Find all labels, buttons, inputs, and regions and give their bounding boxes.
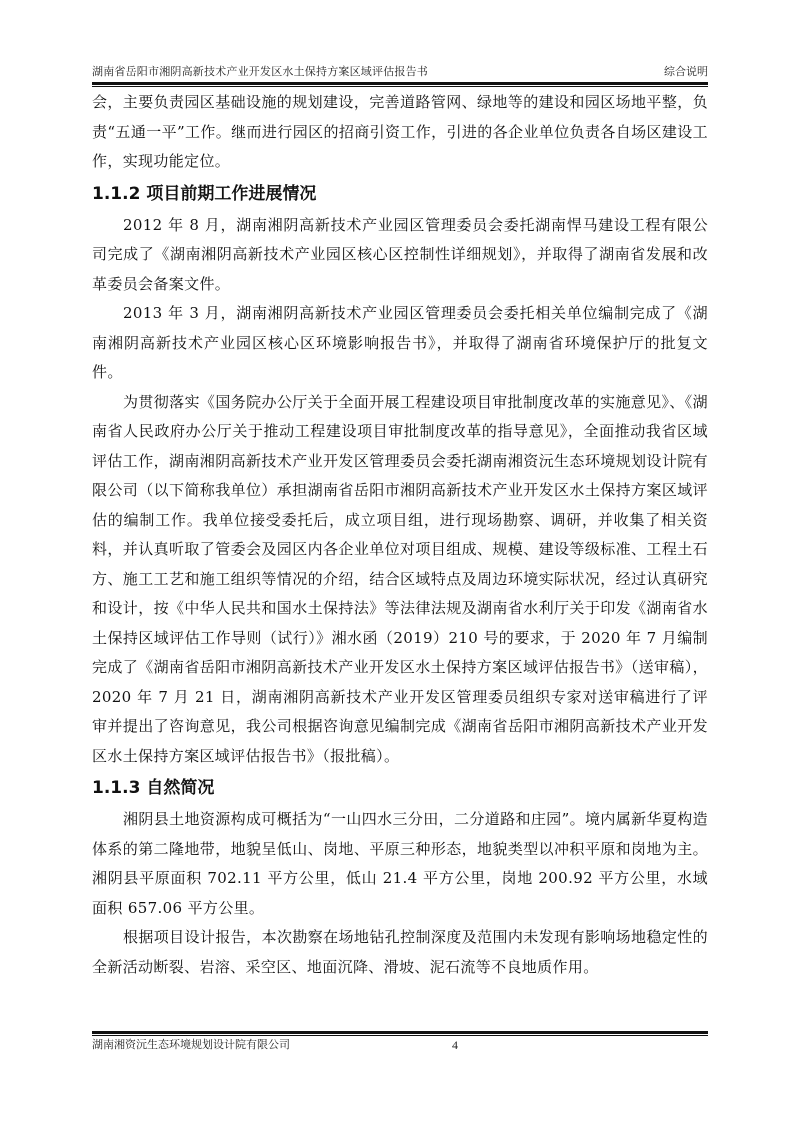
header-title: 湖南省岳阳市湘阴高新技术产业开发区水土保持方案区域评估报告书 xyxy=(92,64,428,80)
footer-rule-thick xyxy=(92,1031,708,1034)
page-body: 会，主要负责园区基础设施的规划建设，完善道路管网、绿地等的建设和园区场地平整，负… xyxy=(92,88,708,982)
header-rule-thin xyxy=(92,86,708,87)
footer-company: 湖南湘资沅生态环境规划设计院有限公司 xyxy=(92,1037,290,1053)
header-rule xyxy=(92,82,708,87)
paragraph-continued: 会，主要负责园区基础设施的规划建设，完善道路管网、绿地等的建设和园区场地平整，负… xyxy=(92,88,708,177)
page-footer: 湖南湘资沅生态环境规划设计院有限公司 4 xyxy=(92,1037,708,1053)
document-page: 湖南省岳阳市湘阴高新技术产业开发区水土保持方案区域评估报告书 综合说明 会，主要… xyxy=(0,0,793,1122)
paragraph-land-resources: 湘阴县土地资源构成可概括为“一山四水三分田，二分道路和庄园”。境内属新华夏构造体… xyxy=(92,805,708,923)
paragraph-geology: 根据项目设计报告，本次勘察在场地钻孔控制深度及范围内未发现有影响场地稳定性的全新… xyxy=(92,923,708,982)
section-heading-1-1-3: 1.1.3 自然简况 xyxy=(92,771,708,805)
page-header: 湖南省岳阳市湘阴高新技术产业开发区水土保持方案区域评估报告书 综合说明 xyxy=(92,64,708,80)
footer-rule xyxy=(92,1031,708,1036)
page-number: 4 xyxy=(452,1037,458,1053)
paragraph-2012-plan: 2012 年 8 月，湖南湘阴高新技术产业园区管理委员会委托湖南悍马建设工程有限… xyxy=(92,211,708,300)
header-section: 综合说明 xyxy=(664,64,708,80)
section-heading-1-1-2: 1.1.2 项目前期工作进展情况 xyxy=(92,177,708,211)
header-rule-thick xyxy=(92,82,708,85)
paragraph-2013-eia: 2013 年 3 月，湖南湘阴高新技术产业园区管理委员会委托相关单位编制完成了《… xyxy=(92,299,708,388)
footer-rule-thin xyxy=(92,1035,708,1036)
paragraph-regional-assessment: 为贯彻落实《国务院办公厅关于全面开展工程建设项目审批制度改革的实施意见》、《湖南… xyxy=(92,388,708,772)
